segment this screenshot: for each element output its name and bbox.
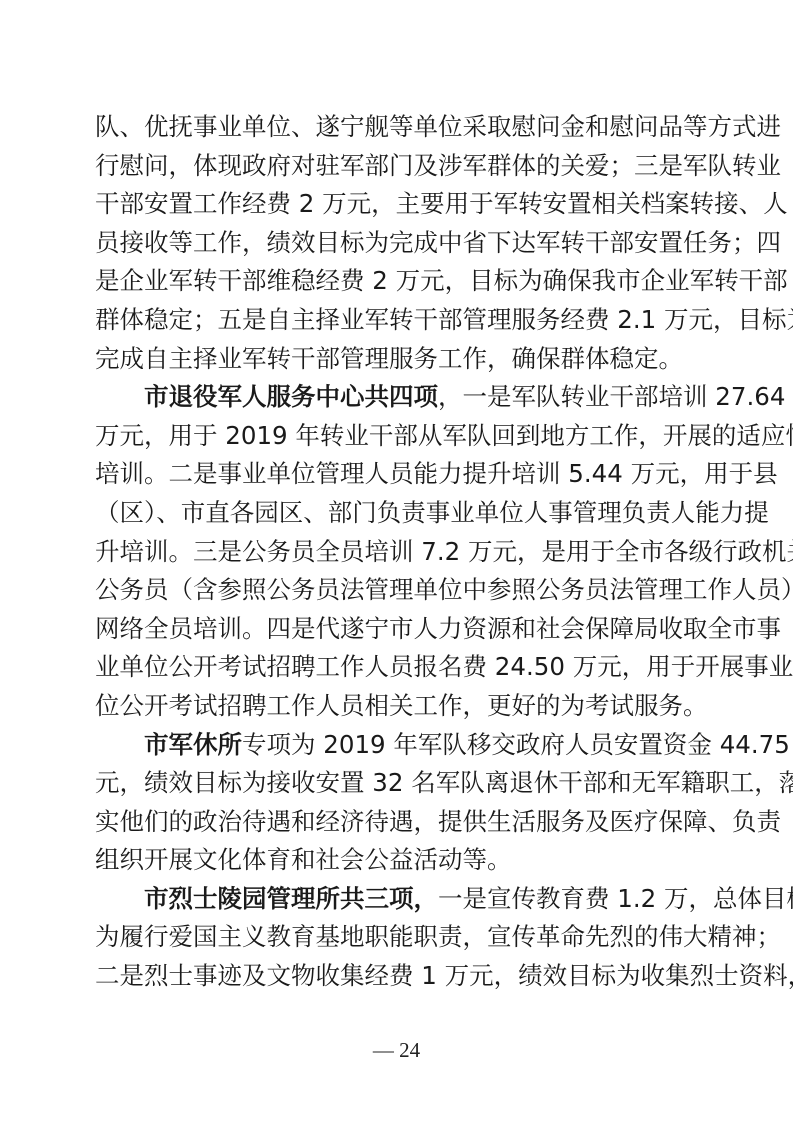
body-text: 队、优抚事业单位、遂宁舰等单位采取慰问金和慰问品等方式进 行慰问，体现政府对驻军… bbox=[95, 108, 701, 996]
text-line: 万元，用于 2019 年转业干部从军队回到地方工作，开展的适应性 bbox=[95, 417, 701, 456]
line-text: 位公开考试招聘工作人员相关工作，更好的为考试服务。 bbox=[95, 691, 708, 720]
line-text: 万元，用于 2019 年转业干部从军队回到地方工作，开展的适应性 bbox=[95, 421, 793, 450]
text-line: 员接收等工作，绩效目标为完成中省下达军转干部安置任务；四 bbox=[95, 224, 701, 263]
text-line: 公务员（含参照公务员法管理单位中参照公务员法管理工作人员） bbox=[95, 571, 701, 610]
paragraph-start-line: 市烈士陵园管理所共三项，一是宣传教育费 1.2 万，总体目标 bbox=[95, 880, 701, 919]
line-text: 行慰问，体现政府对驻军部门及涉军群体的关爱；三是军队转业 bbox=[95, 151, 781, 180]
text-line: 完成自主择业军转干部管理服务工作，确保群体稳定。 bbox=[95, 340, 701, 379]
line-text: 队、优抚事业单位、遂宁舰等单位采取慰问金和慰问品等方式进 bbox=[95, 112, 781, 141]
paragraph-start-line: 市退役军人服务中心共四项，一是军队转业干部培训 27.64 bbox=[95, 378, 701, 417]
text-line: 是企业军转干部维稳经费 2 万元，目标为确保我市企业军转干部 bbox=[95, 262, 701, 301]
page-number: — 24 bbox=[0, 1038, 793, 1063]
text-line: 组织开展文化体育和社会公益活动等。 bbox=[95, 841, 701, 880]
section-heading: 市退役军人服务中心共四项 bbox=[144, 382, 438, 411]
line-text: 组织开展文化体育和社会公益活动等。 bbox=[95, 845, 512, 874]
text-line: 二是烈士事迹及文物收集经费 1 万元，绩效目标为收集烈士资料， bbox=[95, 957, 701, 996]
line-text: 员接收等工作，绩效目标为完成中省下达军转干部安置任务；四 bbox=[95, 228, 781, 257]
text-line: 升培训。三是公务员全员培训 7.2 万元，是用于全市各级行政机关 bbox=[95, 533, 701, 572]
text-line: 行慰问，体现政府对驻军部门及涉军群体的关爱；三是军队转业 bbox=[95, 147, 701, 186]
line-text: 完成自主择业军转干部管理服务工作，确保群体稳定。 bbox=[95, 344, 683, 373]
line-text: 培训。二是事业单位管理人员能力提升培训 5.44 万元，用于县 bbox=[95, 459, 778, 488]
text-line: 实他们的政治待遇和经济待遇，提供生活服务及医疗保障、负责 bbox=[95, 803, 701, 842]
line-text: 为履行爱国主义教育基地职能职责，宣传革命先烈的伟大精神； bbox=[95, 922, 781, 951]
text-line: 培训。二是事业单位管理人员能力提升培训 5.44 万元，用于县 bbox=[95, 455, 701, 494]
line-text: 实他们的政治待遇和经济待遇，提供生活服务及医疗保障、负责 bbox=[95, 807, 781, 836]
paragraph-start-line: 市军休所专项为 2019 年军队移交政府人员安置资金 44.75 万 bbox=[95, 726, 701, 765]
section-heading: 市军休所 bbox=[144, 730, 242, 759]
line-text: 二是烈士事迹及文物收集经费 1 万元，绩效目标为收集烈士资料， bbox=[95, 961, 793, 990]
text-line: 元，绩效目标为接收安置 32 名军队离退休干部和无军籍职工，落 bbox=[95, 764, 701, 803]
line-text: 群体稳定；五是自主择业军转干部管理服务经费 2.1 万元，目标为 bbox=[95, 305, 793, 334]
line-text: 专项为 2019 年军队移交政府人员安置资金 44.75 万 bbox=[242, 730, 793, 759]
line-text: 是企业军转干部维稳经费 2 万元，目标为确保我市企业军转干部 bbox=[95, 266, 788, 295]
text-line: 业单位公开考试招聘工作人员报名费 24.50 万元，用于开展事业单 bbox=[95, 648, 701, 687]
line-text: 元，绩效目标为接收安置 32 名军队离退休干部和无军籍职工，落 bbox=[95, 768, 793, 797]
line-text: （区）、市直各园区、部门负责事业单位人事管理负责人能力提 bbox=[95, 498, 769, 527]
line-text: 公务员（含参照公务员法管理单位中参照公务员法管理工作人员） bbox=[95, 575, 793, 604]
document-page: 队、优抚事业单位、遂宁舰等单位采取慰问金和慰问品等方式进 行慰问，体现政府对驻军… bbox=[0, 0, 793, 1122]
text-line: 群体稳定；五是自主择业军转干部管理服务经费 2.1 万元，目标为 bbox=[95, 301, 701, 340]
text-line: 网络全员培训。四是代遂宁市人力资源和社会保障局收取全市事 bbox=[95, 610, 701, 649]
line-text: 网络全员培训。四是代遂宁市人力资源和社会保障局收取全市事 bbox=[95, 614, 781, 643]
section-heading: 市烈士陵园管理所共三项， bbox=[144, 884, 438, 913]
text-line: 干部安置工作经费 2 万元，主要用于军转安置相关档案转接、人 bbox=[95, 185, 701, 224]
text-line: 为履行爱国主义教育基地职能职责，宣传革命先烈的伟大精神； bbox=[95, 918, 701, 957]
text-line: 队、优抚事业单位、遂宁舰等单位采取慰问金和慰问品等方式进 bbox=[95, 108, 701, 147]
line-text: 干部安置工作经费 2 万元，主要用于军转安置相关档案转接、人 bbox=[95, 189, 788, 218]
text-line: 位公开考试招聘工作人员相关工作，更好的为考试服务。 bbox=[95, 687, 701, 726]
line-text: 一是宣传教育费 1.2 万，总体目标 bbox=[438, 884, 793, 913]
line-text: 升培训。三是公务员全员培训 7.2 万元，是用于全市各级行政机关 bbox=[95, 537, 793, 566]
line-text: ，一是军队转业干部培训 27.64 bbox=[438, 382, 785, 411]
line-text: 业单位公开考试招聘工作人员报名费 24.50 万元，用于开展事业单 bbox=[95, 652, 793, 681]
text-line: （区）、市直各园区、部门负责事业单位人事管理负责人能力提 bbox=[95, 494, 701, 533]
